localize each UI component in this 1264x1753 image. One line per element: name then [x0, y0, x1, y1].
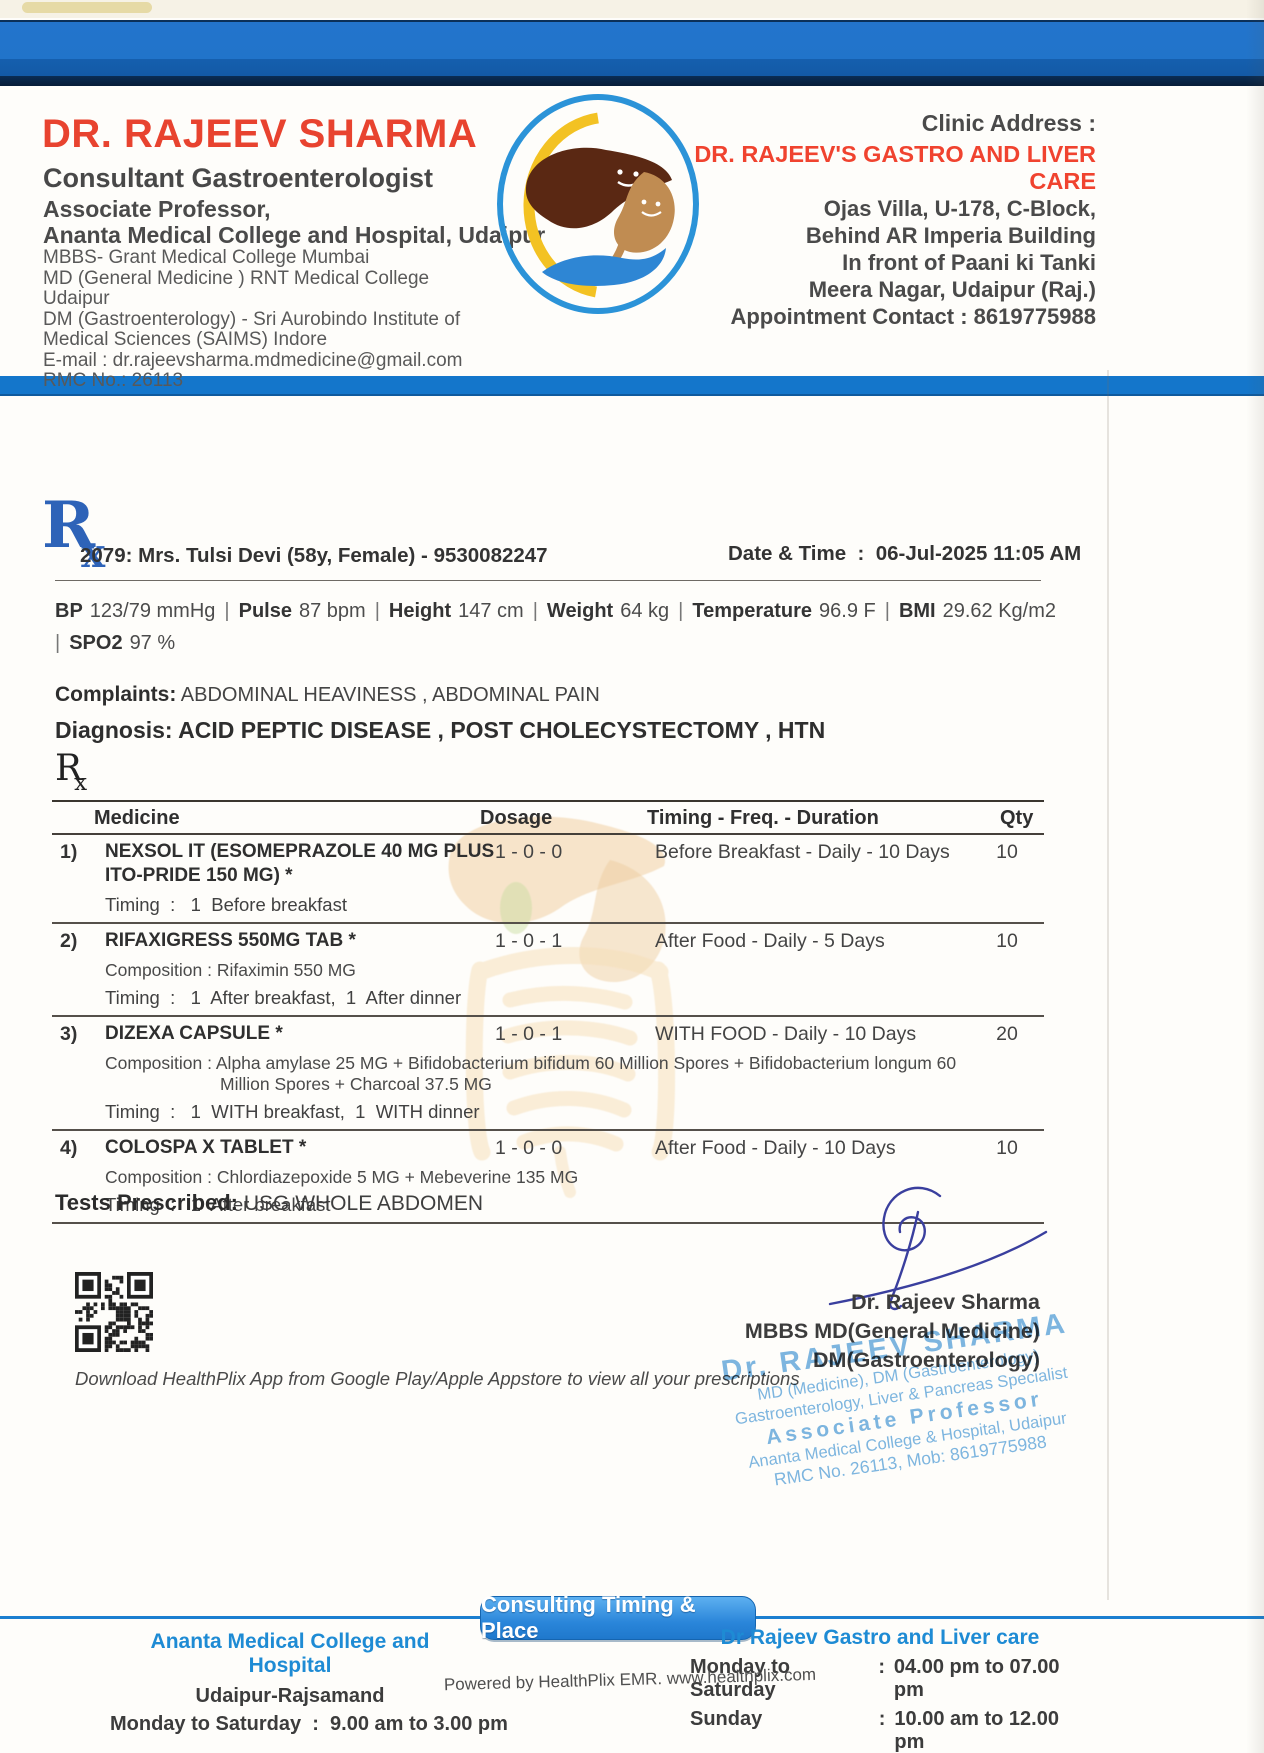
- medicine-composition: Composition : Alpha amylase 25 MG + Bifi…: [105, 1053, 990, 1095]
- medicine-timing-freq-duration: WITH FOOD - Daily - 10 Days: [655, 1023, 985, 1046]
- vitals-row: BP123/79 mmHg|Pulse87 bpm|Height147 cm|W…: [55, 600, 1065, 655]
- medicine-timing-line: Timing : 1 WITH breakfast, 1 WITH dinner: [105, 1101, 1044, 1123]
- date-time-label: Date & Time: [728, 542, 846, 565]
- medicine-timing-line: Timing : 1 Before breakfast: [105, 894, 1044, 916]
- qr-code: [75, 1272, 153, 1352]
- doctor-credential-line: Medical Sciences (SAIMS) Indore: [43, 330, 463, 351]
- prescription-page: DR. RAJEEV SHARMA Consultant Gastroenter…: [0, 0, 1264, 1753]
- vital-item: Height147 cm: [389, 600, 524, 623]
- tests-label: Tests Prescribed:: [55, 1190, 238, 1215]
- vital-separator: |: [885, 600, 890, 623]
- doctor-credential-line: E-mail : dr.rajeevsharma.mdmedicine@gmai…: [43, 351, 463, 372]
- medicine-qty: 20: [977, 1023, 1037, 1046]
- vital-label: BMI: [899, 600, 936, 622]
- clinic-address-line: Ojas Villa, U-178, C-Block,: [640, 195, 1096, 222]
- medicine-timing-freq-duration: After Food - Daily - 10 Days: [655, 1137, 985, 1160]
- doctor-credential-line: DM (Gastroenterology) - Sri Aurobindo In…: [43, 310, 463, 331]
- vital-value: 97 %: [130, 632, 176, 654]
- medicine-name: COLOSPA X TABLET *: [105, 1136, 507, 1160]
- footer-timing-colon: :: [869, 1656, 894, 1702]
- doctor-credential-line: MBBS- Grant Medical College Mumbai: [43, 248, 463, 269]
- clinic-address-line: Appointment Contact : 8619775988: [640, 303, 1096, 330]
- vital-item: Pulse87 bpm: [239, 600, 366, 623]
- footer-left-column: Ananta Medical College and Hospital Udai…: [110, 1630, 470, 1736]
- col-header-qty: Qty: [1000, 807, 1033, 830]
- date-time-value: : 06-Jul-2025 11:05 AM: [846, 542, 1081, 565]
- medicine-qty: 10: [977, 841, 1037, 864]
- doctor-name: DR. RAJEEV SHARMA: [42, 112, 477, 157]
- footer-right-name: Dr Rajeev Gastro and Liver care: [690, 1626, 1070, 1650]
- medicine-number: 2): [60, 930, 77, 953]
- section-divider: [55, 580, 1041, 581]
- footer-timing-time: 04.00 pm to 07.00 pm: [894, 1656, 1070, 1702]
- clinic-address-line: Behind AR Imperia Building: [640, 222, 1096, 249]
- medicine-rows: 1)NEXSOL IT (ESOMEPRAZOLE 40 MG PLUS ITO…: [52, 835, 1044, 1224]
- medicine-composition: Composition : Rifaximin 550 MG: [105, 960, 990, 981]
- medicine-name: NEXSOL IT (ESOMEPRAZOLE 40 MG PLUS ITO-P…: [105, 840, 507, 888]
- medicine-name: DIZEXA CAPSULE *: [105, 1022, 507, 1046]
- vital-label: BP: [55, 600, 83, 622]
- medicine-timing-freq-duration: After Food - Daily - 5 Days: [655, 930, 985, 953]
- medicine-qty: 10: [977, 1137, 1037, 1160]
- footer-left-timing: Monday to Saturday : 9.00 am to 3.00 pm: [110, 1713, 470, 1736]
- medicine-row: 1)NEXSOL IT (ESOMEPRAZOLE 40 MG PLUS ITO…: [52, 835, 1044, 924]
- medicine-dosage: 1 - 0 - 0: [495, 1137, 562, 1160]
- vital-item: SPO297 %: [69, 632, 175, 655]
- scan-smudge-artifact: [22, 2, 152, 13]
- vital-value: 87 bpm: [299, 600, 366, 622]
- medicine-number: 4): [60, 1137, 77, 1160]
- vital-value: 29.62 Kg/m2: [943, 600, 1056, 622]
- rx-table-icon: Rx: [55, 748, 95, 789]
- vital-separator: |: [55, 632, 60, 655]
- vital-item: BP123/79 mmHg: [55, 600, 215, 623]
- clinic-address-block: Clinic Address : DR. RAJEEV'S GASTRO AND…: [640, 110, 1096, 330]
- vital-value: 147 cm: [458, 600, 524, 622]
- vital-label: Pulse: [239, 600, 292, 622]
- scan-fold-line: [1107, 370, 1109, 1600]
- footer-left-name: Ananta Medical College and Hospital: [110, 1630, 470, 1678]
- complaints-label: Complaints:: [55, 683, 176, 706]
- medicine-number: 1): [60, 841, 77, 864]
- vital-separator: |: [678, 600, 683, 623]
- diagnosis-value: ACID PEPTIC DISEASE , POST CHOLECYSTECTO…: [173, 717, 826, 743]
- clinic-name: DR. RAJEEV'S GASTRO AND LIVER CARE: [640, 141, 1096, 195]
- header-blue-bar: [0, 20, 1264, 86]
- col-header-timing: Timing - Freq. - Duration: [647, 807, 879, 830]
- vital-label: SPO2: [69, 632, 122, 654]
- footer-right-column: Dr Rajeev Gastro and Liver care Monday t…: [690, 1626, 1070, 1753]
- vital-item: Weight64 kg: [547, 600, 669, 623]
- vital-item: Temperature96.9 F: [692, 600, 875, 623]
- vital-item: BMI29.62 Kg/m2: [899, 600, 1056, 623]
- medicine-qty: 10: [977, 930, 1037, 953]
- doctor-credential-line: RMC No.: 26113: [43, 371, 463, 392]
- tests-prescribed: Tests Prescribed: USG WHOLE ABDOMEN: [55, 1190, 483, 1216]
- vital-separator: |: [375, 600, 380, 623]
- vital-label: Height: [389, 600, 451, 622]
- vital-separator: |: [224, 600, 229, 623]
- medicine-timing-line: Timing : 1 After breakfast, 1 After dinn…: [105, 987, 1044, 1009]
- clinic-address-line: Meera Nagar, Udaipur (Raj.): [640, 276, 1096, 303]
- col-header-dosage: Dosage: [480, 807, 552, 830]
- medicine-dosage: 1 - 0 - 1: [495, 1023, 562, 1046]
- doctor-title: Consultant Gastroenterologist: [43, 163, 433, 194]
- clinic-address-lines: Ojas Villa, U-178, C-Block,Behind AR Imp…: [640, 195, 1096, 330]
- medicine-number: 3): [60, 1023, 77, 1046]
- doctor-role: Associate Professor,: [43, 196, 271, 223]
- footer-timing-day: Sunday: [690, 1708, 870, 1753]
- medicine-row: 3)DIZEXA CAPSULE *1 - 0 - 1WITH FOOD - D…: [52, 1017, 1044, 1131]
- signatory-name: Dr. Rajeev Sharma: [640, 1288, 1040, 1317]
- vital-value: 64 kg: [620, 600, 669, 622]
- medicine-table: Medicine Dosage Timing - Freq. - Duratio…: [52, 800, 1044, 1224]
- footer-left-place: Udaipur-Rajsamand: [110, 1685, 470, 1708]
- top-paper-strip: [0, 0, 1264, 18]
- patient-info: 2079: Mrs. Tulsi Devi (58y, Female) - 95…: [80, 544, 548, 568]
- scan-edge-shadow: [1246, 0, 1264, 1753]
- footer-timing-time: 10.00 am to 12.00 pm: [894, 1708, 1070, 1753]
- clinic-address-line: In front of Paani ki Tanki: [640, 249, 1096, 276]
- medicine-table-header: Medicine Dosage Timing - Freq. - Duratio…: [52, 802, 1044, 835]
- footer-timing-colon: :: [870, 1708, 895, 1753]
- vital-label: Weight: [547, 600, 613, 622]
- medicine-row: 2)RIFAXIGRESS 550MG TAB *1 - 0 - 1After …: [52, 924, 1044, 1017]
- diagnosis-label: Diagnosis:: [55, 717, 173, 743]
- vital-label: Temperature: [692, 600, 812, 622]
- doctor-credential-line: MD (General Medicine ) RNT Medical Colle…: [43, 269, 463, 310]
- date-time: Date & Time : 06-Jul-2025 11:05 AM: [728, 542, 1081, 566]
- diagnosis: Diagnosis: ACID PEPTIC DISEASE , POST CH…: [55, 717, 825, 744]
- doctor-institution: Ananta Medical College and Hospital, Uda…: [43, 222, 545, 249]
- medicine-timing-freq-duration: Before Breakfast - Daily - 10 Days: [655, 841, 985, 864]
- footer-timing-row: Sunday:10.00 am to 12.00 pm: [690, 1708, 1070, 1753]
- complaints-value: ABDOMINAL HEAVINESS , ABDOMINAL PAIN: [176, 684, 599, 706]
- vital-value: 96.9 F: [819, 600, 876, 622]
- clinic-address-label: Clinic Address :: [640, 110, 1096, 137]
- vital-separator: |: [533, 600, 538, 623]
- col-header-medicine: Medicine: [94, 807, 180, 830]
- complaints: Complaints: ABDOMINAL HEAVINESS , ABDOMI…: [55, 683, 600, 707]
- tests-value: USG WHOLE ABDOMEN: [238, 1192, 483, 1215]
- medicine-dosage: 1 - 0 - 1: [495, 930, 562, 953]
- medicine-name: RIFAXIGRESS 550MG TAB *: [105, 929, 507, 953]
- doctor-credentials: MBBS- Grant Medical College MumbaiMD (Ge…: [43, 248, 463, 392]
- vital-value: 123/79 mmHg: [90, 600, 216, 622]
- medicine-dosage: 1 - 0 - 0: [495, 841, 562, 864]
